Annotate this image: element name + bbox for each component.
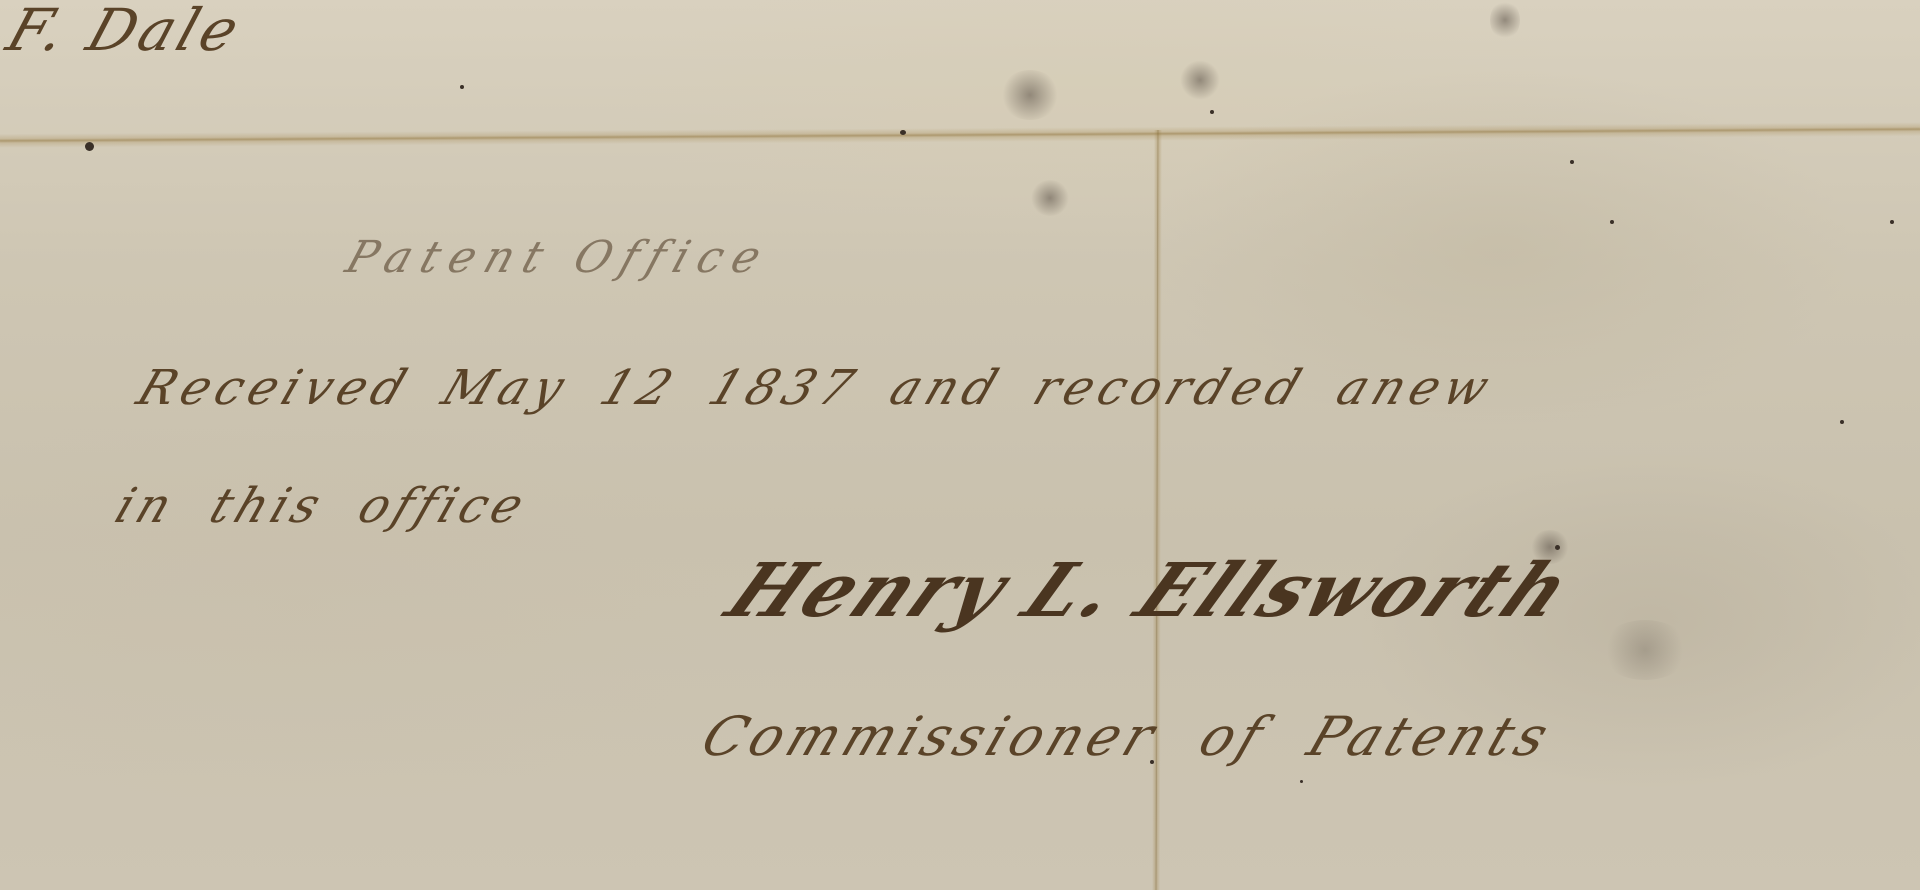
speck: [85, 142, 94, 151]
ink-stain: [1000, 70, 1060, 120]
signatory-title: Commissioner of Patents: [694, 705, 1562, 768]
ink-stain: [1180, 60, 1220, 100]
office-heading: Patent Office: [340, 232, 778, 283]
commissioner-signature: Henry L. Ellsworth: [712, 548, 1588, 634]
speck: [460, 85, 464, 89]
speck: [900, 130, 906, 135]
ink-stain: [1490, 0, 1520, 40]
speck: [1890, 220, 1894, 224]
speck: [1840, 420, 1844, 424]
speck: [1300, 780, 1303, 783]
endorsement-line-2: in this office: [108, 478, 536, 534]
ink-stain: [1600, 620, 1690, 680]
ink-stain: [1030, 180, 1070, 216]
endorsement-line-1: Received May 12 1837 and recorded anew: [130, 360, 1503, 416]
header-signature: F. Dale: [0, 0, 251, 64]
speck: [1570, 160, 1574, 164]
speck: [1210, 110, 1214, 114]
speck: [1610, 220, 1614, 224]
